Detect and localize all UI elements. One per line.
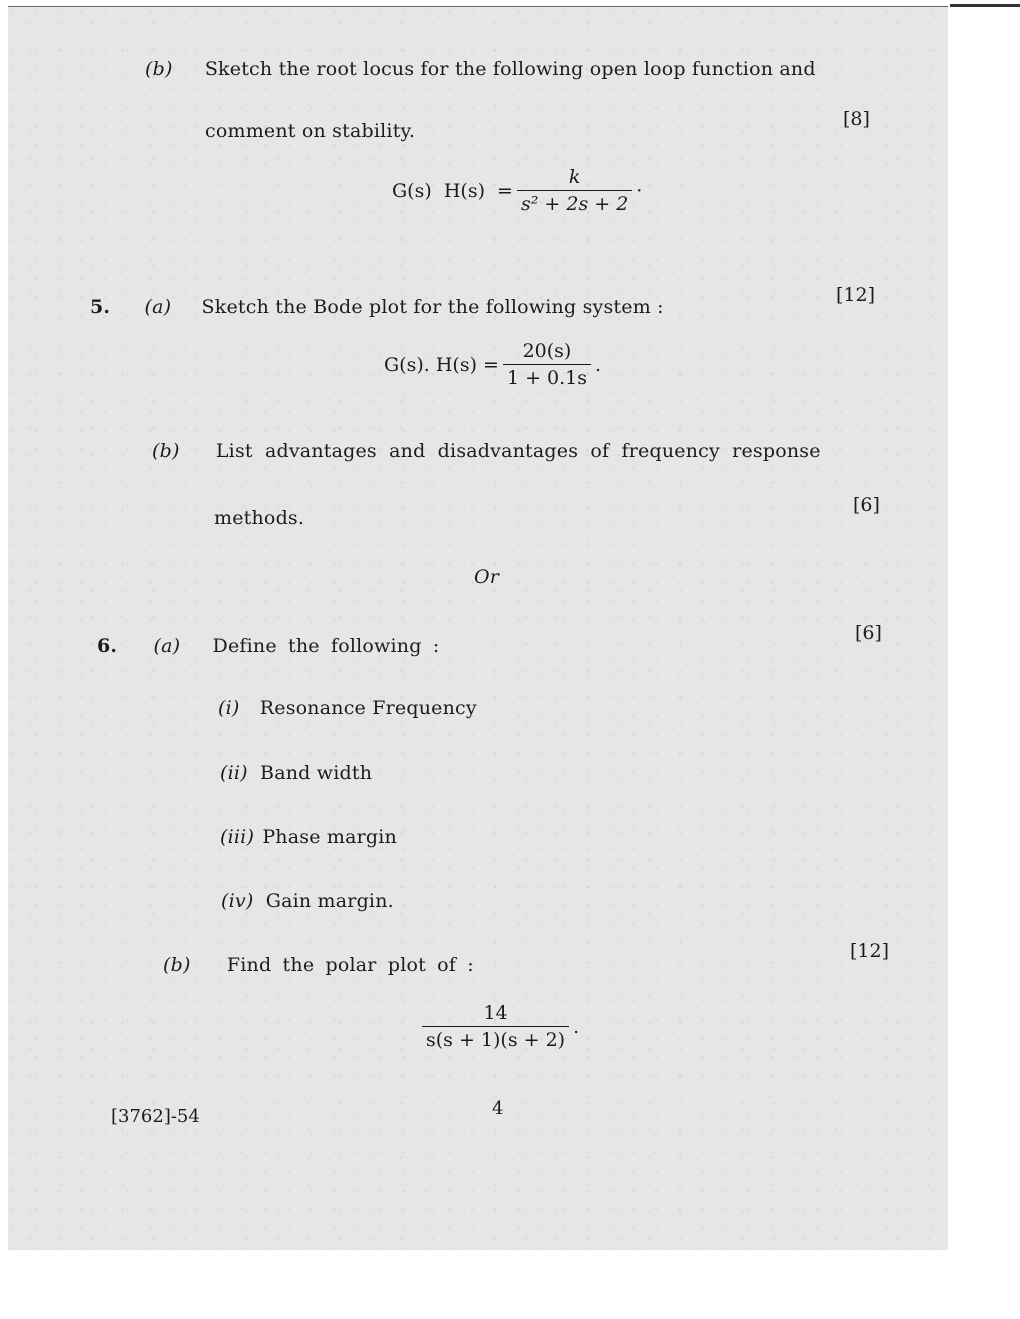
q6b-eq-trail: . (573, 1016, 579, 1038)
q6a-item-1-label: (i) (218, 697, 240, 719)
q6b-equation: 14 s(s + 1)(s + 2) . (418, 1002, 579, 1051)
or-separator: Or (474, 566, 499, 588)
q5b-line1: (b) List advantages and disadvantages of… (152, 440, 821, 462)
q5a-eq-numerator: 20(s) (519, 340, 576, 364)
q6a-item-1: (i) Resonance Frequency (218, 697, 477, 719)
q5b-label: (b) (152, 440, 180, 462)
q6a-item-1-text: Resonance Frequency (260, 697, 477, 719)
q6a-item-2-text: Band width (260, 762, 372, 784)
q5a-line: 5. (a) Sketch the Bode plot for the foll… (90, 296, 664, 318)
q4b-eq-fraction: k s² + 2s + 2 (517, 166, 632, 215)
footer-code: [3762]-54 (111, 1106, 200, 1127)
q6a-item-3-text: Phase margin (262, 826, 397, 848)
q6a-label: (a) (154, 635, 181, 657)
q4b-text-line2: comment on stability. (205, 120, 415, 142)
q5a-equation: G(s). H(s) = 20(s) 1 + 0.1s . (384, 340, 601, 389)
q5a-label: (a) (145, 296, 172, 318)
q6b-eq-numerator: 14 (479, 1002, 511, 1026)
q4b-marks: [8] (843, 108, 870, 130)
q4b-equation: G(s) H(s) = k s² + 2s + 2 · (392, 166, 642, 215)
page-number: 4 (492, 1098, 503, 1119)
q4b-eq-denominator: s² + 2s + 2 (517, 190, 632, 215)
q4b-line1: (b) Sketch the root locus for the follow… (145, 58, 816, 80)
q4b-label: (b) (145, 58, 173, 80)
q4b-eq-numerator: k (565, 166, 585, 190)
q6a-line: 6. (a) Define the following : (97, 635, 439, 657)
q6-number: 6. (97, 635, 117, 657)
q6a-item-4: (iv) Gain margin. (221, 890, 394, 912)
q5b-text-line2: methods. (214, 507, 304, 529)
q6b-eq-fraction: 14 s(s + 1)(s + 2) (422, 1002, 569, 1051)
q5a-eq-denominator: 1 + 0.1s (503, 364, 591, 389)
q4b-eq-trail: · (636, 180, 642, 202)
q5a-eq-fraction: 20(s) 1 + 0.1s (503, 340, 591, 389)
q6a-item-3-label: (iii) (220, 826, 254, 848)
q5-number: 5. (90, 296, 110, 318)
q6a-marks: [6] (855, 622, 882, 644)
q6b-marks: [12] (850, 940, 889, 962)
q6b-line: (b) Find the polar plot of : (163, 954, 474, 976)
scan-edge (950, 4, 1020, 7)
q5b-text-line1: List advantages and disadvantages of fre… (216, 440, 821, 462)
q6a-item-4-text: Gain margin. (266, 890, 394, 912)
q4b-text-line1: Sketch the root locus for the following … (205, 58, 816, 80)
q5a-marks: [12] (836, 284, 875, 306)
q5a-text: Sketch the Bode plot for the following s… (202, 296, 664, 318)
q6b-label: (b) (163, 954, 191, 976)
q6a-item-3: (iii) Phase margin (220, 826, 397, 848)
q5a-eq-trail: . (595, 354, 601, 376)
q6a-item-4-label: (iv) (221, 890, 253, 912)
q6b-text: Find the polar plot of : (227, 954, 474, 976)
q6a-text: Define the following : (213, 635, 440, 657)
q5b-marks: [6] (853, 494, 880, 516)
q6b-eq-denominator: s(s + 1)(s + 2) (422, 1026, 569, 1051)
q6a-item-2: (ii) Band width (220, 762, 372, 784)
q6a-item-2-label: (ii) (220, 762, 248, 784)
q5a-eq-lhs: G(s). H(s) = (384, 354, 499, 376)
q4b-eq-lhs: G(s) H(s) = (392, 180, 513, 202)
